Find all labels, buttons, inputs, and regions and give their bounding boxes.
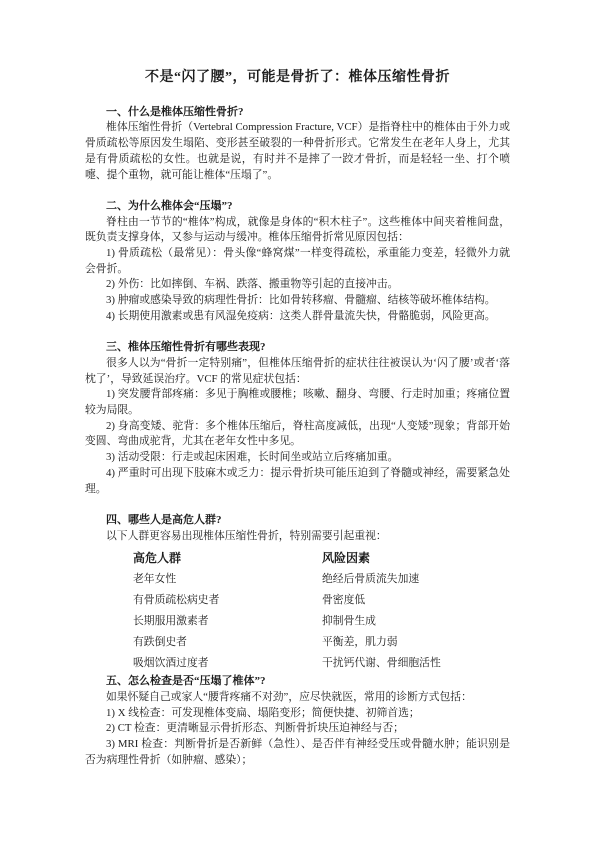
paragraph: 很多人以为“骨折一定特别痛”，但椎体压缩骨折的症状往往被误认为‘闪了腰’或者‘落… [85,356,510,387]
section-diagnosis: 五、怎么检查是否“压塌了椎体”? 如果怀疑自己或家人“腰背疼痛不对劲”，应尽快就… [85,674,510,768]
table-row: 有跌倒史者 平衡差，肌力弱 [133,632,510,653]
table-cell-group: 吸烟饮酒过度者 [133,653,322,674]
risk-table-header-row: 高危人群 风险因素 [133,548,510,569]
numbered-item: 3) 活动受限：行走或起床困难，长时间坐或站立后疼痛加重。 [85,450,510,466]
paragraph: 如果怀疑自己或家人“腰背疼痛不对劲”，应尽快就医，常用的诊断方式包括： [85,690,510,706]
numbered-item: 2) CT 检查：更清晰显示骨折形态、判断骨折块压迫神经与否； [85,721,510,737]
section-symptoms: 三、椎体压缩性骨折有哪些表现? 很多人以为“骨折一定特别痛”，但椎体压缩骨折的症… [85,340,510,497]
table-cell-group: 长期服用激素者 [133,611,322,632]
paragraph: 脊柱由一节节的“椎体”构成，就像是身体的“积木柱子”。这些椎体中间夹着椎间盘，既… [85,215,510,246]
section-high-risk-groups: 四、哪些人是高危人群? 以下人群更容易出现椎体压缩性骨折，特别需要引起重视： 高… [85,513,510,674]
paragraph: 椎体压缩性骨折（Vertebral Compression Fracture, … [85,120,510,183]
numbered-item: 2) 外伤：比如摔倒、车祸、跌落、搬重物等引起的直接冲击。 [85,277,510,293]
table-row: 长期服用激素者 抑制骨生成 [133,611,510,632]
numbered-item: 4) 长期使用激素或患有风湿免疫病：这类人群骨量流失快，骨骼脆弱，风险更高。 [85,309,510,325]
table-cell-factor: 抑制骨生成 [322,611,510,632]
numbered-item: 3) MRI 检查：判断骨折是否新鲜（急性）、是否伴有神经受压或骨髓水肿；能识别… [85,737,510,768]
numbered-item: 3) 肿瘤或感染导致的病理性骨折：比如骨转移瘤、骨髓瘤、结核等破坏椎体结构。 [85,293,510,309]
table-cell-factor: 平衡差，肌力弱 [322,632,510,653]
numbered-item: 1) 骨质疏松（最常见）：骨头像“蜂窝煤”一样变得疏松，承重能力变差，轻微外力就… [85,246,510,277]
numbered-item: 2) 身高变矮、驼背：多个椎体压缩后，脊柱高度减低，出现“人变矮”现象；背部开始… [85,419,510,450]
table-row: 吸烟饮酒过度者 干扰钙代谢、骨细胞活性 [133,653,510,674]
section-definition-heading: 一、什么是椎体压缩性骨折? [85,105,510,121]
risk-table: 高危人群 风险因素 老年女性 绝经后骨质流失加速 有骨质疏松病史者 骨密度低 长… [133,548,510,674]
paragraph: 以下人群更容易出现椎体压缩性骨折，特别需要引起重视： [85,529,510,545]
document-content: 不是“闪了腰”，可能是骨折了：椎体压缩性骨折 一、什么是椎体压缩性骨折? 椎体压… [85,67,510,769]
section-high-risk-groups-heading: 四、哪些人是高危人群? [85,513,510,529]
numbered-item: 1) X 线检查：可发现椎体变扁、塌陷变形；简便快捷、初筛首选； [85,706,510,722]
numbered-item: 1) 突发腰背部疼痛：多见于胸椎或腰椎；咳嗽、翻身、弯腰、行走时加重；疼痛位置较… [85,387,510,418]
section-definition: 一、什么是椎体压缩性骨折? 椎体压缩性骨折（Vertebral Compress… [85,105,510,184]
table-cell-group: 有跌倒史者 [133,632,322,653]
table-cell-factor: 干扰钙代谢、骨细胞活性 [322,653,510,674]
document-title: 不是“闪了腰”，可能是骨折了：椎体压缩性骨折 [85,67,510,89]
table-cell-group: 有骨质疏松病史者 [133,590,322,611]
numbered-item: 4) 严重时可出现下肢麻木或乏力：提示骨折块可能压迫到了脊髓或神经，需要紧急处理… [85,466,510,497]
risk-table-header-factor: 风险因素 [322,548,510,569]
section-causes: 二、为什么椎体会“压塌”? 脊柱由一节节的“椎体”构成，就像是身体的“积木柱子”… [85,199,510,325]
table-row: 老年女性 绝经后骨质流失加速 [133,569,510,590]
document-page: 不是“闪了腰”，可能是骨折了：椎体压缩性骨折 一、什么是椎体压缩性骨折? 椎体压… [0,0,595,841]
section-diagnosis-heading: 五、怎么检查是否“压塌了椎体”? [85,674,510,690]
risk-table-header-group: 高危人群 [133,548,322,569]
section-symptoms-heading: 三、椎体压缩性骨折有哪些表现? [85,340,510,356]
table-row: 有骨质疏松病史者 骨密度低 [133,590,510,611]
table-cell-factor: 绝经后骨质流失加速 [322,569,510,590]
table-cell-group: 老年女性 [133,569,322,590]
table-cell-factor: 骨密度低 [322,590,510,611]
section-causes-heading: 二、为什么椎体会“压塌”? [85,199,510,215]
